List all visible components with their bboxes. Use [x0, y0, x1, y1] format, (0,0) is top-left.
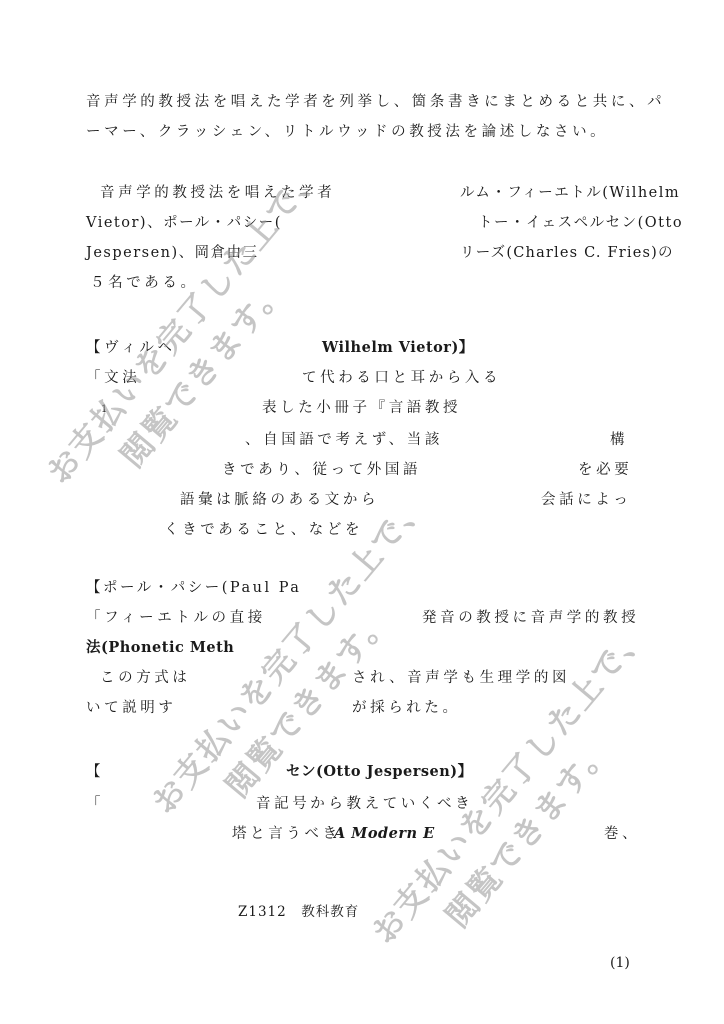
page-number: (1): [610, 955, 630, 971]
footer-course-code: Z1312 教科教育: [238, 900, 359, 920]
vietor-line-4b: を必要: [578, 460, 632, 480]
jespersen-heading-b: セン(Otto Jespersen)】: [286, 762, 473, 782]
passy-line-1b: 発音の教授に音声学的教授: [422, 608, 639, 628]
vietor-line-2b: 表した小冊子『言語教授: [262, 398, 461, 418]
vietor-heading-a: 【ヴィルヘ: [86, 338, 176, 358]
intro-line-4: ５名である。: [90, 273, 199, 293]
vietor-line-1a: 「文法: [86, 368, 140, 388]
question-line-2: ーマー、クラッシェン、リトルウッドの教授法を論述しなさい。: [86, 122, 608, 142]
jespersen-line-1b: 音記号から教えていくべき: [256, 794, 473, 814]
jespersen-line-2a: 塔と言うべき: [232, 824, 341, 844]
intro-line-2b: トー・イェスペルセン(Otto: [478, 213, 683, 233]
vietor-line-5b: 会話によっ: [541, 490, 632, 510]
intro-line-3b: リーズ(Charles C. Fries)の: [460, 243, 674, 263]
passy-heading: 【ポール・パシー(Paul Pa: [86, 578, 301, 598]
vietor-heading-b: Wilhelm Vietor)】: [322, 338, 474, 358]
question-line-1: 音声学的教授法を唱えた学者を列挙し、箇条書きにまとめると共に、パ: [86, 92, 665, 112]
passy-line-4b: が採られた。: [352, 698, 461, 718]
vietor-line-5a: 語彙は脈絡のある文から: [180, 490, 379, 510]
jespersen-line-1a: 「: [86, 794, 104, 814]
passy-line-4a: いて説明す: [86, 698, 177, 718]
vietor-line-6: くきであること、などを: [164, 520, 363, 540]
jespersen-line-2b: A Modern E: [334, 824, 435, 844]
vietor-line-3a: 、自国語で考えず、当該: [245, 430, 443, 450]
jespersen-heading-a: 【: [86, 762, 104, 782]
intro-line-3a: Jespersen)、岡倉由三: [86, 243, 259, 263]
vietor-line-1b: て代わる口と耳から入る: [302, 368, 501, 388]
intro-line-1b: ルム・フィーエトル(Wilhelm: [460, 183, 680, 203]
passy-line-3a: この方式は: [100, 668, 191, 688]
passy-line-1a: 「フィーエトルの直接: [86, 608, 266, 628]
jespersen-line-2c: 巻、: [604, 824, 640, 844]
passy-line-3b: され、音声学も生理学的図: [352, 668, 570, 688]
passy-line-2: 法(Phonetic Meth: [86, 638, 234, 658]
vietor-line-4a: きであり、従って外国語: [222, 460, 421, 480]
intro-line-2a: Vietor)、ポール・パシー(: [86, 213, 282, 233]
vietor-line-2a: 1: [101, 400, 107, 420]
intro-line-1a: 音声学的教授法を唱えた学者: [100, 183, 335, 203]
vietor-line-3b: 構: [610, 430, 628, 450]
